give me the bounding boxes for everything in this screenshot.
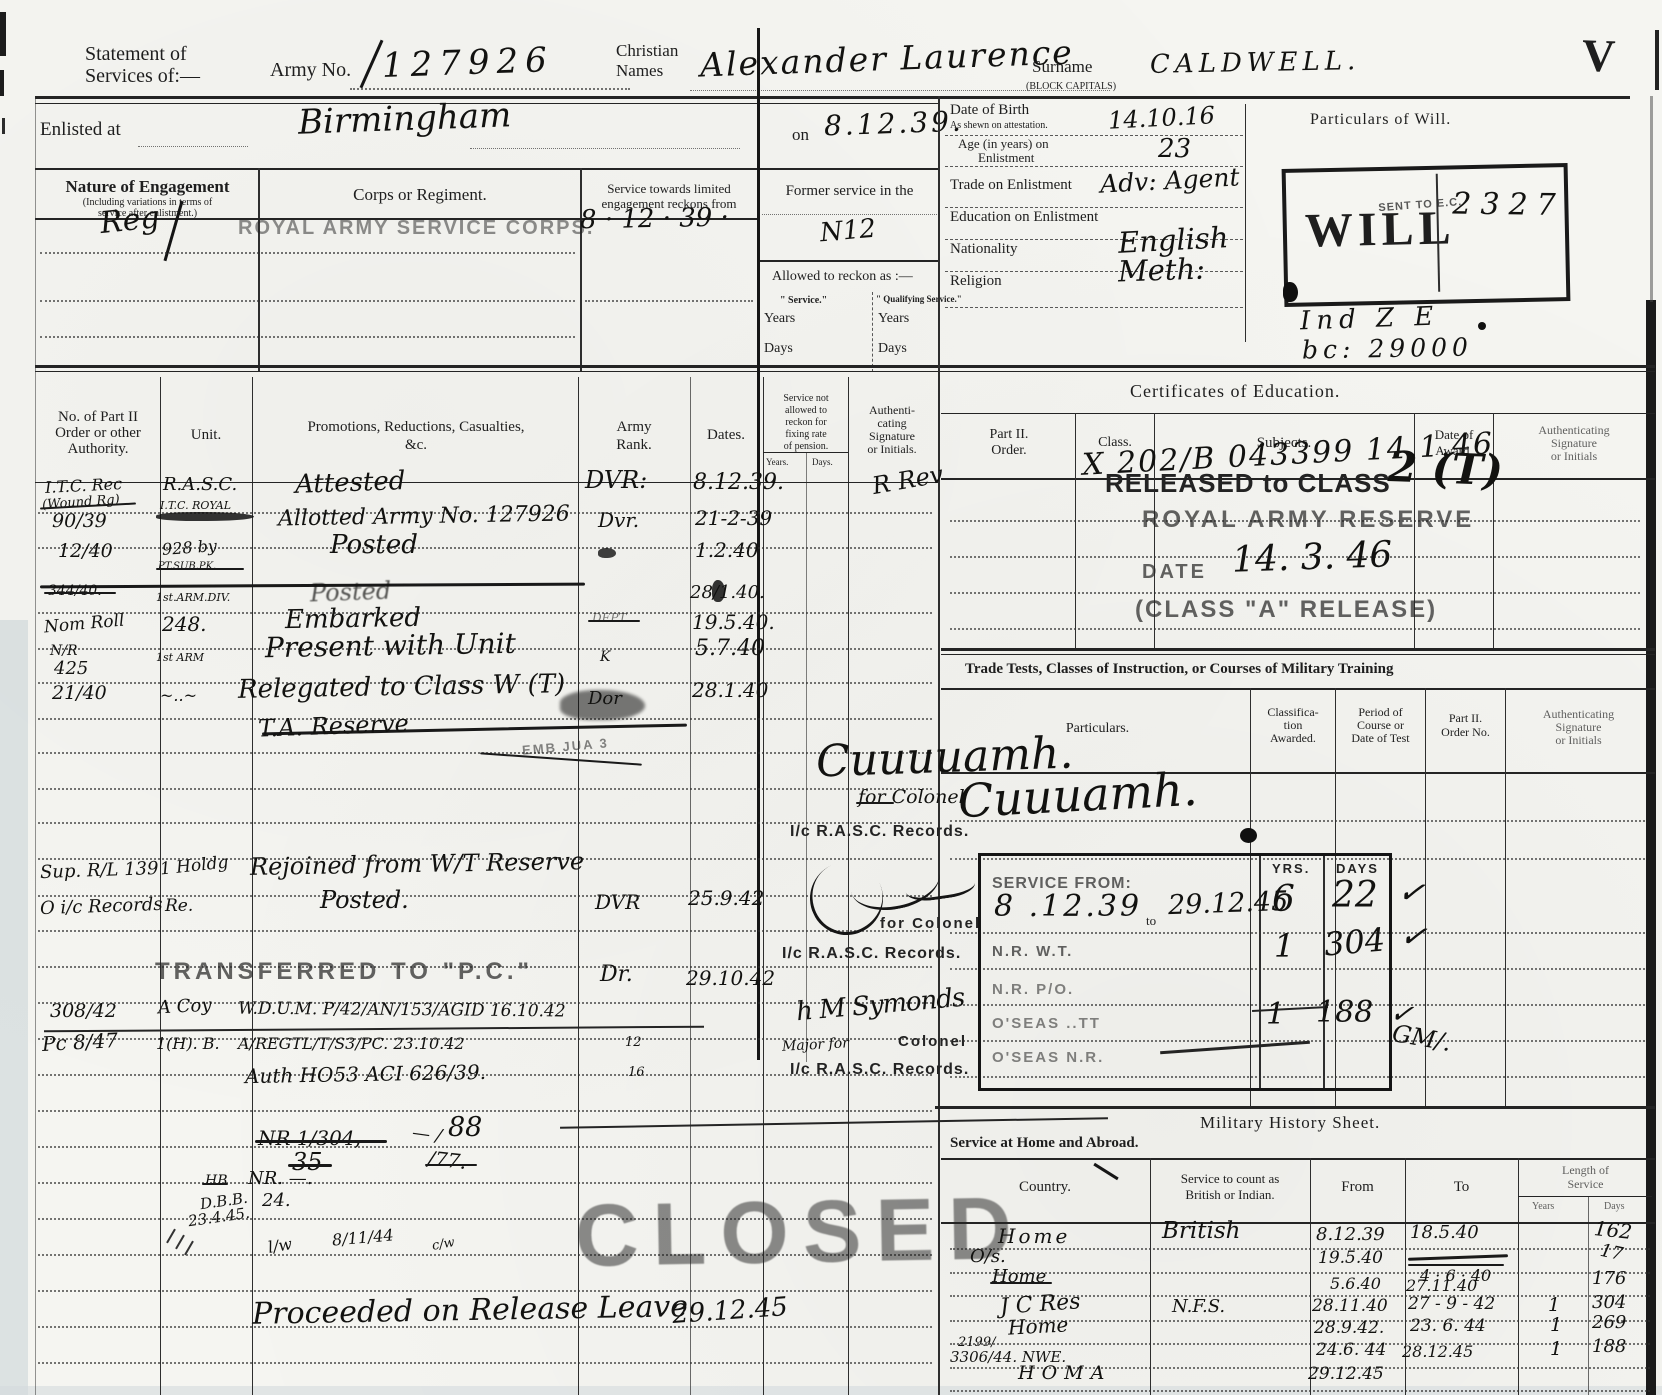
former-service-label: Former service in the [762, 184, 937, 200]
yrs-header: YRS. [1272, 862, 1310, 875]
trade-value: Adv: Agent [1099, 164, 1240, 196]
col-pension-h5: of pension. [764, 442, 848, 453]
on-label: on [792, 126, 809, 144]
corps-stamp: ROYAL ARMY SERVICE CORPS. [238, 218, 594, 238]
rule [35, 96, 1630, 99]
tt-col-period3: Date of Test [1336, 732, 1425, 745]
row-unit: Re. [165, 898, 193, 915]
col-promotions-h1: Promotions, Reductions, Casualties, [256, 420, 576, 436]
row-unit: 1st.ARM.DIV. [156, 592, 230, 603]
reckon-value: 8 · 12 · 39 · [580, 205, 729, 234]
dob-label: Date of Birth [950, 103, 1029, 119]
will-title: Particulars of Will. [1310, 112, 1451, 129]
mh-col-service1: Service to count as [1151, 1172, 1309, 1186]
service-from-value: 8 .12.39 [994, 892, 1142, 922]
row-unit: A Coy [158, 997, 212, 1018]
christian-names-label1: Christian [616, 42, 678, 60]
row-unit: 1(H). B. [156, 1036, 220, 1052]
mh-from: 28.9.42. [1314, 1320, 1384, 1337]
mh-col-years: Years [1532, 1202, 1554, 1213]
note: — / [411, 1124, 443, 1146]
row-rank: Dr. [600, 964, 633, 986]
row-event: Present with Unit [265, 630, 516, 662]
mh-days: 269 [1592, 1314, 1626, 1332]
christian-names-label2: Names [616, 62, 663, 80]
row-authority: Nom Roll [43, 613, 125, 637]
total-days: 22 [1332, 878, 1378, 914]
mh-from: 24.6. 44 [1316, 1342, 1386, 1359]
cert-col-auth2: Signature [1494, 437, 1654, 450]
row-authority2: 425 [54, 660, 88, 678]
col-days-h: Days. [812, 458, 833, 467]
note: /77. [427, 1148, 467, 1172]
checkmark: ✓ [1398, 918, 1429, 953]
tt-col-period2: Course or [1336, 719, 1425, 732]
row-event: Relegated to Class W (T) [238, 671, 566, 703]
row-authority: 12/40 [58, 542, 113, 561]
row-unit: R.A.S.C. [163, 476, 237, 494]
mh-country: Home [1008, 1314, 1069, 1337]
certificates-title: Certificates of Education. [1130, 382, 1340, 401]
signature-for: Major for [782, 1036, 850, 1053]
note: NR 1/304, [258, 1128, 361, 1148]
note: NR. —. [248, 1170, 312, 1188]
note: l/w [267, 1236, 294, 1256]
tt-col-class1: Classifica- [1251, 706, 1335, 719]
age-label2: Enlistment [978, 151, 1034, 165]
age-label1: Age (in years) on [958, 137, 1049, 151]
row-signature: R Rev [870, 462, 945, 498]
row-date: 21-2-39 [695, 508, 772, 528]
trade-tests-title: Trade Tests, Classes of Instruction, or … [965, 662, 1393, 678]
col-auth-h4: or Initials. [850, 443, 934, 456]
note: 24. [262, 1192, 291, 1210]
mh-to: 28.12.45 [1402, 1344, 1473, 1360]
col-dates-h: Dates. [690, 428, 762, 444]
mh-service: N.F.S. [1172, 1298, 1225, 1316]
tt-col-auth3: or Initials [1506, 734, 1651, 747]
will-stamp-box: WILL SENT TO E.C. 2327 [1282, 163, 1571, 307]
signature-rank: for Colonel [880, 916, 981, 931]
trade-signature-scrawl: Cuuuamh. [957, 766, 1198, 824]
row-authority: Pc 8/47 [42, 1030, 119, 1054]
cert-col-auth3: or Initials [1494, 450, 1654, 463]
row-event: Attested [295, 468, 406, 498]
cert-col-part1: Part II. [945, 428, 1073, 443]
oseas-days: 188 [1316, 998, 1373, 1028]
row-unit2: PT.SUB.PK. [158, 562, 216, 572]
service-to-value: 29.12.45 [1168, 888, 1289, 919]
enlisted-at-value: Birmingham [297, 98, 511, 139]
row-date: 29.10.42 [686, 968, 775, 988]
mh-country: HOMA [1018, 1364, 1111, 1383]
nr-po-label: N.R. P/O. [992, 982, 1074, 997]
mh-from: 19.5.40 [1318, 1250, 1383, 1267]
mh-to: 23. 6. 44 [1410, 1318, 1486, 1335]
row-unit: ~..~ [160, 688, 197, 704]
scanned-service-record: Statement of Services of:— Army No. 1279… [0, 0, 1662, 1395]
mh-col-days: Days [1604, 1202, 1625, 1213]
row-unit: 1st ARM [156, 652, 204, 663]
mh-years: 1 [1550, 1316, 1562, 1335]
col-pension-h1: Service not [764, 394, 848, 405]
mh-country: O/s. [970, 1248, 1006, 1266]
row-authority: 344/40. [48, 584, 102, 598]
age-value: 23 [1158, 136, 1191, 162]
mh-years: 1 [1550, 1340, 1562, 1359]
mh-days: 162 [1593, 1218, 1633, 1242]
note: c/w [431, 1236, 456, 1253]
row-date: 1.2.40 [695, 540, 759, 560]
days-label-1: Days [764, 342, 793, 357]
row-event: T.A. Reserve [258, 711, 409, 740]
enlisted-on-value: 8.12.39. [824, 108, 965, 141]
mh-col-length2: Service [1519, 1178, 1652, 1191]
col-authority-h1: No. of Part II [38, 410, 158, 426]
row-rank: DVR [595, 892, 640, 912]
mh-col-from: From [1311, 1180, 1404, 1196]
mark-gm: GM/. [1390, 1021, 1453, 1055]
mh-days: 17 [1598, 1242, 1624, 1264]
row-event: Auth HO53 ACI 626/39. [245, 1062, 486, 1086]
oseas-nr-label: O'SEAS N.R. [992, 1050, 1104, 1065]
col-auth-h3: Signature [850, 430, 934, 443]
row-authority: O i/c Records [40, 896, 163, 918]
corps-label: Corps or Regiment. [280, 186, 560, 204]
col-auth-h2: cating [850, 417, 934, 430]
row-event: Posted [330, 532, 418, 558]
row-event: Allotted Army No. 127926 [278, 503, 570, 530]
army-no-label: Army No. [270, 60, 351, 81]
christian-names-value: Alexander Laurence [700, 35, 1075, 81]
col-pension-h3: reckon for [764, 418, 848, 429]
col-pension-h2: allowed to [764, 406, 848, 417]
oseas-years: 1 [1266, 1000, 1285, 1030]
mh-service: British [1162, 1220, 1240, 1243]
col-auth-h1: Authenti- [850, 404, 934, 417]
release-date-value: 14. 3. 46 [1231, 537, 1392, 579]
row-event: W.D.U.M. P/42/AN/153/AGID 16.10.42 [238, 1001, 566, 1021]
row-rank: Dvr. [598, 510, 639, 530]
service-home-abroad: Service at Home and Abroad. [950, 1136, 1138, 1152]
nature-label: Nature of Engagement [45, 178, 250, 196]
army-no-value: 127926 [381, 43, 554, 83]
service-col-label: " Service." [780, 296, 827, 307]
will-note2: bc: 29000 [1302, 335, 1473, 363]
row-event: Rejoined from W/T Reserve [250, 849, 584, 879]
row-unit: 928 by [162, 538, 218, 558]
mh-days: 304 [1592, 1294, 1626, 1312]
row-date: 8.12.39. [693, 472, 784, 494]
oseas-label: O'SEAS ..TT [992, 1016, 1101, 1031]
row-authority: 21/40 [52, 684, 107, 703]
nr-wt-years: 1 [1274, 930, 1294, 962]
col-unit-h: Unit. [162, 428, 250, 444]
will-note1: Ind Z E [1300, 304, 1440, 335]
col-authority-h2: Order or other [38, 426, 158, 442]
note: 88 [448, 1114, 482, 1141]
col-years-h: Years. [766, 458, 788, 467]
pen-stroke [360, 40, 384, 89]
col-rank-h2: Rank. [580, 438, 688, 454]
row-date: 19.5.40. [692, 612, 775, 632]
form-title-line1: Statement of [85, 44, 187, 65]
row-unit2: I.T.C. ROYAL [160, 500, 231, 511]
closed-stamp: CLOSED [574, 1184, 1026, 1280]
trade-label: Trade on Enlistment [950, 178, 1072, 194]
signature-for-colonel: for Colonel [858, 788, 965, 807]
reserve-stamp: ROYAL ARMY RESERVE [1142, 508, 1474, 532]
qualifying-col-label: " Qualifying Service." [876, 295, 962, 304]
signature-unit: I/c R.A.S.C. Records. [790, 1062, 969, 1078]
released-hand: 2 (T) [1387, 446, 1503, 492]
row-authority: 308/42 [50, 1002, 117, 1021]
mh-from: 29.12.45 [1308, 1366, 1384, 1383]
date-stamp: DATE [1142, 562, 1207, 582]
note: 23.4.45. [187, 1206, 251, 1229]
reckon-label1: Service towards limited [584, 182, 754, 196]
tt-col-class3: Awarded. [1251, 732, 1335, 745]
former-service-value: N12 [819, 216, 877, 247]
allowed-label: Allowed to reckon as :— [772, 270, 913, 285]
military-history-title: Military History Sheet. [1200, 1114, 1380, 1132]
tt-col-auth2: Signature [1506, 721, 1651, 734]
note: HB [205, 1174, 228, 1188]
note: 8/11/44 [331, 1227, 394, 1248]
row-date: 28.1.40 [692, 680, 768, 700]
dob-value: 14.10.16 [1107, 103, 1215, 133]
row-event: Proceeded on Release Leave [252, 1292, 689, 1330]
col-pension-h4: fixing rate [764, 430, 848, 441]
row-date: 28/1.40. [690, 584, 765, 602]
tt-col-order1: Part II. [1426, 712, 1505, 725]
mh-col-service2: British or Indian. [1151, 1188, 1309, 1202]
mh-days: 176 [1592, 1270, 1626, 1288]
religion-value: Meth: [1118, 254, 1206, 286]
checkmark: ✓ [1396, 874, 1427, 909]
nr-wt-label: N.R. W.T. [992, 944, 1073, 959]
class-a-release-stamp: (CLASS "A" RELEASE) [1135, 598, 1437, 622]
leader-dots [350, 88, 630, 90]
pen-ticks [170, 1228, 200, 1268]
days-label-2: Days [878, 342, 907, 357]
col-promotions-h2: &c. [256, 438, 576, 454]
row-note: 16 [628, 1066, 645, 1079]
mh-col-length1: Length of [1519, 1164, 1652, 1177]
mh-from: 8.12.39 [1316, 1226, 1385, 1244]
row-rank: K [600, 650, 610, 664]
col-rank-h1: Army [580, 420, 688, 436]
mh-years: 1 [1548, 1296, 1560, 1315]
pen-arrow [1093, 1163, 1118, 1180]
row-date: 5.7.40 [695, 638, 765, 660]
tt-col-period1: Period of [1336, 706, 1425, 719]
row-unit: 248. [162, 614, 207, 634]
row-unit: 1 Holdg [159, 854, 229, 878]
row-rank: DEPT [592, 612, 626, 624]
nr-wt-days: 304 [1323, 923, 1387, 960]
tt-col-class2: tion [1251, 719, 1335, 732]
years-label-2: Years [878, 312, 909, 327]
mh-col-to: To [1406, 1180, 1517, 1196]
mh-col-country: Country. [945, 1180, 1145, 1196]
religion-label: Religion [950, 274, 1002, 290]
form-title-line2: Services of:— [85, 66, 200, 87]
education-label: Education on Enlistment [950, 210, 1098, 226]
row-rank: Dor [588, 690, 622, 708]
mh-to: 18.5.40 [1410, 1224, 1479, 1242]
total-years: 6 [1272, 882, 1295, 918]
row-note: 12 [625, 1036, 642, 1049]
mh-days: 188 [1592, 1338, 1626, 1356]
mh-to: 27.11.40 [1406, 1278, 1477, 1294]
tt-col-particulars: Particulars. [945, 722, 1250, 737]
row-authority: 90/39 [52, 512, 107, 531]
surname-value: CALDWELL. [1150, 48, 1361, 78]
row-rank: DVR: [585, 468, 647, 492]
signature-unit: I/c R.A.S.C. Records. [790, 824, 969, 840]
released-stamp: RELEASED to CLASS [1105, 470, 1391, 496]
row-date: 25.9.42 [688, 888, 764, 908]
surname-label: Surname [1032, 58, 1092, 76]
years-label-1: Years [764, 312, 795, 327]
will-number: 2327 [1452, 189, 1565, 221]
mh-from: 28.11.40 [1312, 1298, 1388, 1315]
transferred-stamp: TRANSFERRED TO "P.C." [155, 960, 533, 984]
service-to-label: to [1146, 914, 1156, 928]
mh-country: Home [998, 1226, 1070, 1246]
signature-unit: I/c R.A.S.C. Records. [782, 946, 961, 962]
enlisted-at-label: Enlisted at [40, 120, 121, 140]
nationality-label: Nationality [950, 242, 1018, 258]
row-authority2: (Wound Rg) [42, 493, 120, 511]
mh-from: 5.6.40 [1330, 1276, 1381, 1292]
row-authority: N/R [50, 644, 78, 658]
cert-col-auth1: Authenticating [1494, 424, 1654, 437]
row-event: Posted. [320, 888, 409, 912]
col-authority-h3: Authority. [38, 442, 158, 458]
row-event: A/REGTL/T/S3/PC. 23.10.42 [238, 1036, 465, 1052]
tick-mark: V [1581, 31, 1616, 80]
mh-to: 27 - 9 - 42 [1408, 1296, 1495, 1313]
tt-col-auth1: Authenticating [1506, 708, 1651, 721]
row-event: Posted [310, 579, 392, 606]
row-authority: Sup. R/L 139 [40, 860, 159, 882]
row-date: 29.12.45 [671, 1294, 788, 1328]
tt-col-order2: Order No. [1426, 726, 1505, 739]
dob-note: As shewn on attestation. [950, 121, 1048, 132]
nature-value: Reg [99, 203, 161, 239]
days-header: DAYS [1336, 862, 1379, 875]
cert-col-part2: Order. [945, 444, 1073, 459]
